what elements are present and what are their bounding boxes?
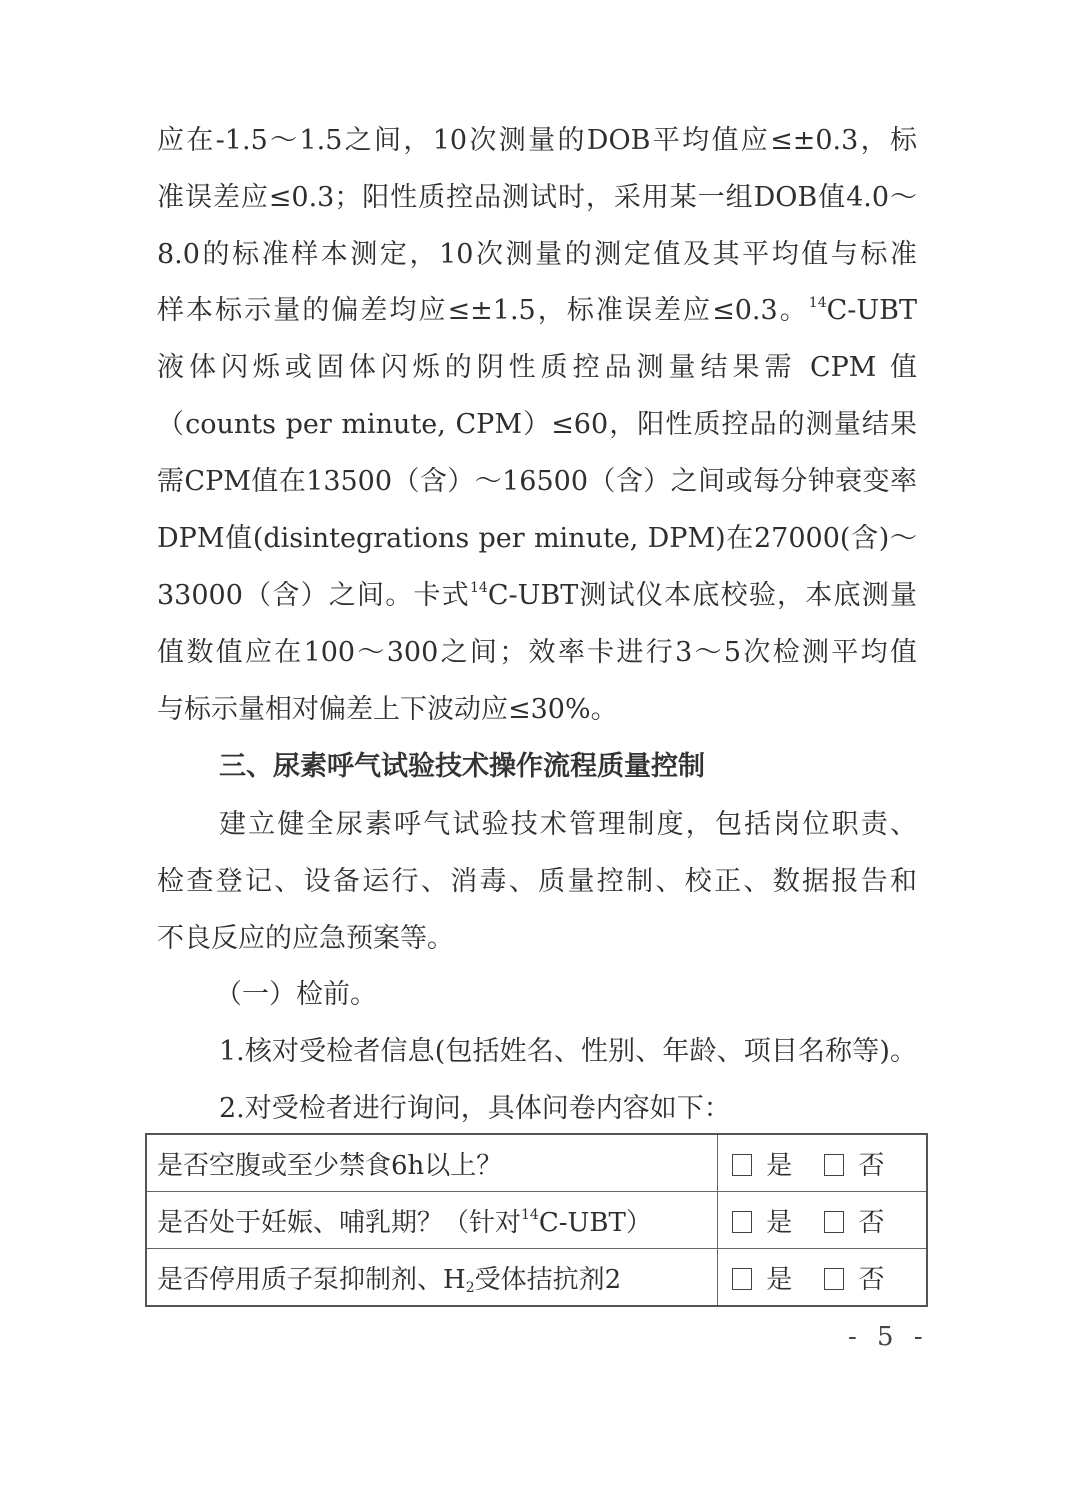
page-number: - 5 - [848,1322,929,1352]
body-line: 与标示量相对偏差上下波动应≤30%。 [157,693,917,727]
questionnaire-table: 是否空腹或至少禁食6h以上？ 是 否 是否处于妊娠、哺乳期？（针对14C-UBT… [145,1133,928,1307]
body-line: 样本标示量的偏差均应≤±1.5，标准误差应≤0.3。14C-UBT [157,294,917,328]
text-segment: 样本标示量的偏差均应≤±1.5，标准误差应≤0.3。 [157,295,809,326]
list-item: 1.核对受检者信息(包括姓名、性别、年龄、项目名称等)。 [219,1035,917,1069]
superscript: 14 [809,295,827,311]
superscript: 14 [521,1207,539,1223]
no-checkbox[interactable] [824,1268,844,1290]
no-label: 否 [858,1265,884,1295]
question-text: 是否停用质子泵抑制剂、H [157,1265,466,1295]
yes-checkbox[interactable] [732,1211,752,1233]
yes-label: 是 [766,1265,792,1295]
table-row: 是否处于妊娠、哺乳期？（针对14C-UBT） 是 否 [146,1192,927,1249]
options-cell: 是 否 [718,1192,927,1249]
list-item: 2.对受检者进行询问，具体问卷内容如下： [219,1092,917,1126]
section-heading: 三、尿素呼气试验技术操作流程质量控制 [219,750,917,784]
table-row: 是否空腹或至少禁食6h以上？ 是 否 [146,1134,927,1192]
no-label: 否 [858,1208,884,1238]
question-text: 是否处于妊娠、哺乳期？（针对 [157,1208,521,1238]
no-label: 否 [858,1151,884,1181]
superscript: 14 [470,580,488,596]
body-line: 33000（含）之间。卡式14C-UBT测试仪本底校验，本底测量 [157,579,917,613]
body-line: 液体闪烁或固体闪烁的阴性质控品测量结果需 CPM 值 [157,351,917,385]
body-line: 需CPM值在13500（含）～16500（含）之间或每分钟衰变率 [157,465,917,499]
options-cell: 是 否 [718,1134,927,1192]
text-segment: C-UBT测试仪本底校验，本底测量 [488,580,917,611]
question-text: 是否空腹或至少禁食6h以上？ [157,1151,502,1181]
subscript: 2 [466,1280,475,1296]
section-para-line: 建立健全尿素呼气试验技术管理制度，包括岗位职责、 [219,808,917,842]
yes-checkbox[interactable] [732,1154,752,1176]
body-line: 准误差应≤0.3；阳性质控品测试时，采用某一组DOB值4.0～ [157,181,917,215]
body-line: 8.0的标准样本测定，10次测量的测定值及其平均值与标准 [157,238,917,272]
no-checkbox[interactable] [824,1211,844,1233]
question-text: C-UBT） [539,1208,652,1238]
question-text: 受体拮抗剂2 [475,1265,622,1295]
section-para-line: 检查登记、设备运行、消毒、质量控制、校正、数据报告和 [157,865,917,899]
text-segment: 33000（含）之间。卡式 [157,580,470,611]
question-cell: 是否停用质子泵抑制剂、H2受体拮抗剂2 [146,1249,718,1307]
text-segment: C-UBT [827,295,917,326]
body-line: （counts per minute, CPM）≤60，阳性质控品的测量结果 [157,408,917,442]
question-cell: 是否处于妊娠、哺乳期？（针对14C-UBT） [146,1192,718,1249]
body-line: 值数值应在100～300之间；效率卡进行3～5次检测平均值 [157,636,917,670]
subsection-heading: （一）检前。 [215,978,915,1012]
body-line: DPM值(disintegrations per minute, DPM)在27… [157,522,917,556]
question-cell: 是否空腹或至少禁食6h以上？ [146,1134,718,1192]
table-row: 是否停用质子泵抑制剂、H2受体拮抗剂2 是 否 [146,1249,927,1307]
body-line: 应在-1.5～1.5之间，10次测量的DOB平均值应≤±0.3，标 [157,124,917,158]
no-checkbox[interactable] [824,1154,844,1176]
yes-label: 是 [766,1208,792,1238]
yes-checkbox[interactable] [732,1268,752,1290]
section-para-line: 不良反应的应急预案等。 [157,922,917,956]
options-cell: 是 否 [718,1249,927,1307]
yes-label: 是 [766,1151,792,1181]
